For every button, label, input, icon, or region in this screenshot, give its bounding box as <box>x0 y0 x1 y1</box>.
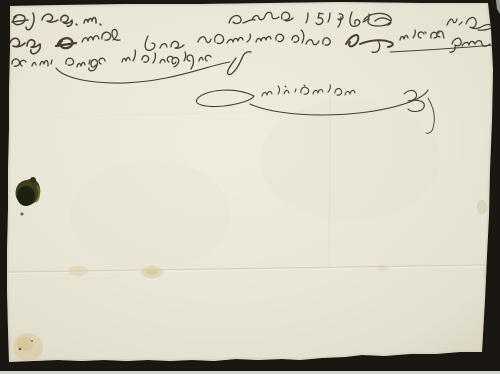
paper-mottle <box>70 160 230 270</box>
manuscript-photo <box>0 0 500 374</box>
paper-mottle <box>260 100 440 220</box>
